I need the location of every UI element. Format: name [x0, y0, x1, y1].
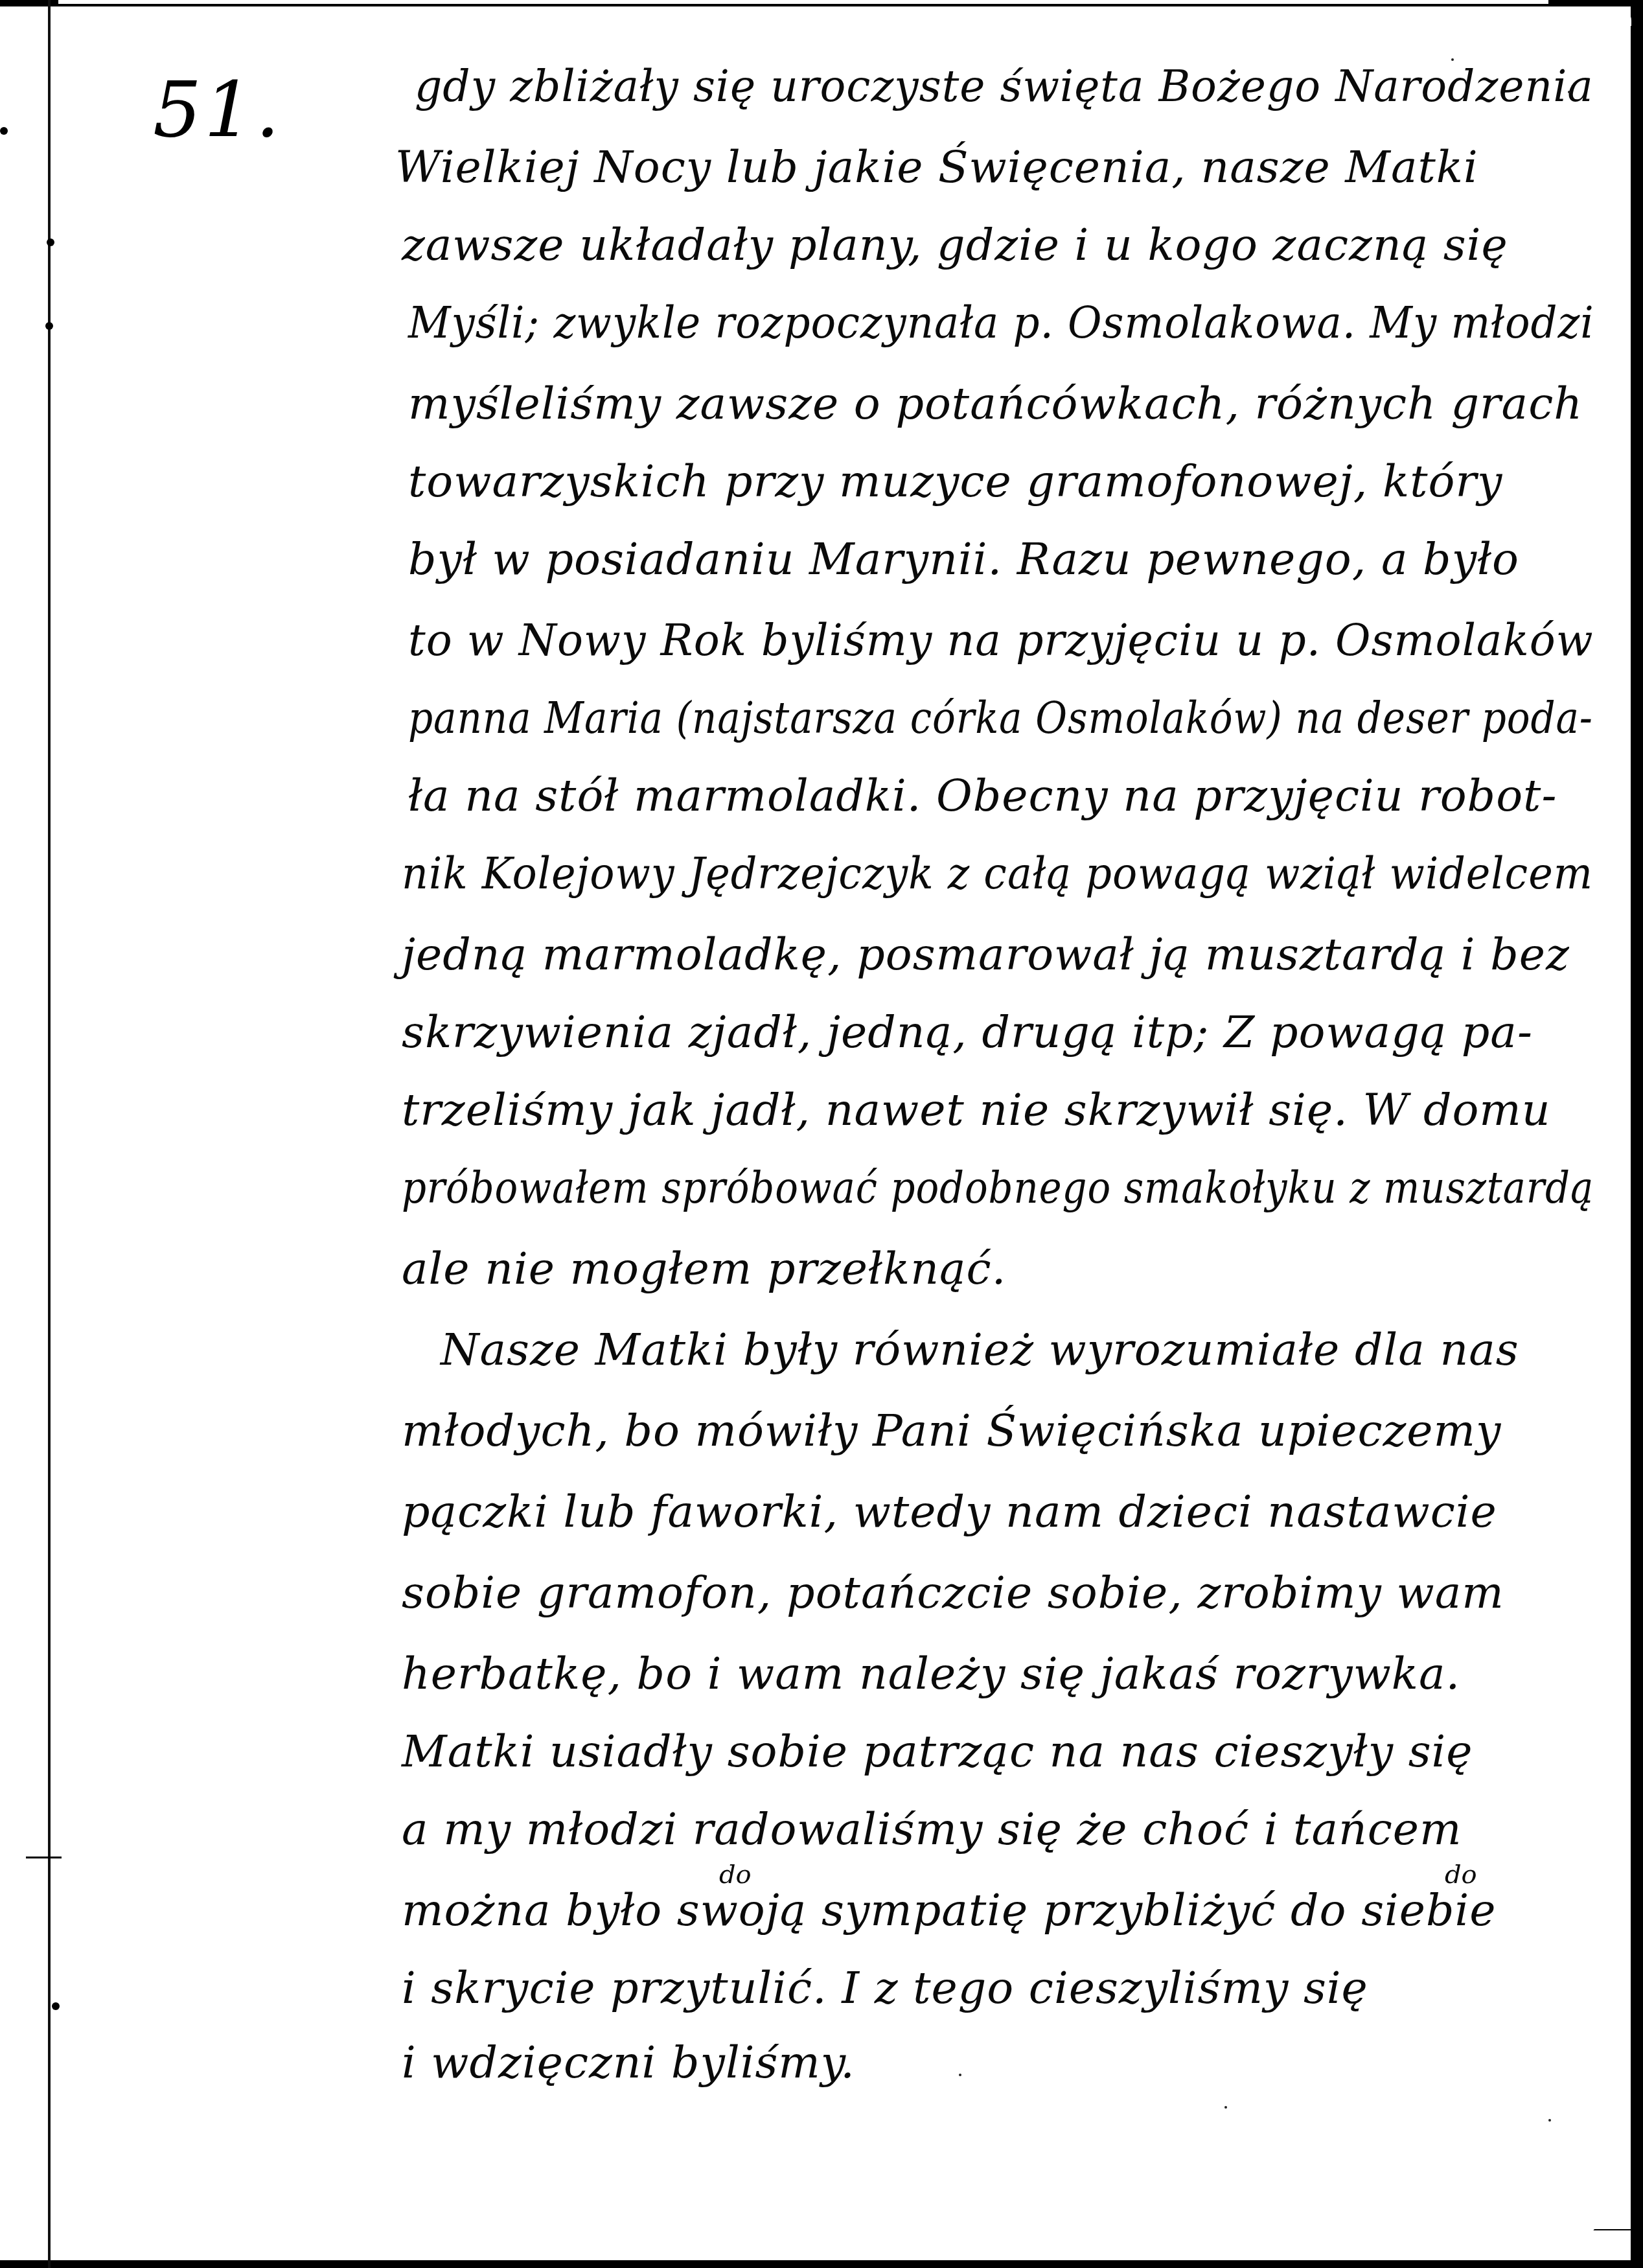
text-line: to w Nowy Rok byliśmy na przyjęciu u p. … [408, 619, 1594, 663]
text-line: Myśli; zwykle rozpoczynała p. Osmolakowa… [408, 301, 1594, 345]
text-line: Wielkiej Nocy lub jakie Święcenia, nasze… [395, 146, 1478, 190]
text-line: trzeliśmy jak jadł, nawet nie skrzywił s… [402, 1089, 1551, 1133]
scan-top-border-gap [58, 0, 1548, 4]
scan-speck [1224, 2106, 1227, 2109]
scan-bottom-border [0, 2260, 1643, 2268]
text-line: ła na stół marmoladki. Obecny na przyjęc… [408, 774, 1557, 818]
interlinear-insertion: do [1445, 1860, 1477, 1890]
text-line: próbowałem spróbować podobnego smakołyku… [402, 1166, 1594, 1210]
scan-speck [959, 2074, 961, 2076]
text-line: był w posiadaniu Marynii. Razu pewnego, … [408, 538, 1519, 582]
scan-right-border [1631, 0, 1643, 2268]
margin-tick [26, 1857, 62, 1858]
page-number: 51. [153, 71, 282, 148]
text-line: ale nie mogłem przełknąć. [402, 1247, 1006, 1291]
text-line: nik Kolejowy Jędrzejczyk z całą powagą w… [402, 852, 1593, 896]
margin-ink-blot [45, 322, 53, 330]
scan-speck [1568, 91, 1570, 93]
scan-speck [1548, 2119, 1551, 2122]
margin-ink-blot [52, 2002, 60, 2010]
text-line: i skrycie przytulić. I z tego cieszyliśm… [402, 1967, 1368, 2011]
text-line: myśleliśmy zawsze o potańcówkach, różnyc… [408, 382, 1583, 426]
text-line: Matki usiadły sobie patrząc na nas ciesz… [402, 1730, 1473, 1774]
margin-ink-blot [47, 238, 54, 246]
text-line: gdy zbliżały się uroczyste święta Bożego… [415, 65, 1594, 109]
text-line: herbatkę, bo i wam należy się jakaś rozr… [402, 1652, 1460, 1696]
text-line: można było swoją sympatię przybliżyć do … [402, 1889, 1497, 1933]
text-line: i wdzięczni byliśmy. [402, 2041, 855, 2085]
left-margin-line [48, 0, 51, 2268]
text-line: młodych, bo mówiły Pani Święcińska upiec… [402, 1409, 1501, 1453]
scan-speck [1451, 58, 1454, 61]
text-line: skrzywienia zjadł, jedną, drugą itp; Z p… [402, 1011, 1533, 1055]
page-corner [1607, 6, 1631, 26]
text-line: sobie gramofon, potańczcie sobie, zrobim… [402, 1571, 1504, 1615]
manuscript-page: 51. gdy zbliżały się uroczyste święta Bo… [0, 0, 1643, 2268]
text-line: a my młodzi radowaliśmy się że choć i ta… [402, 1808, 1462, 1852]
text-line: panna Maria (najstarsza córka Osmolaków)… [408, 697, 1593, 741]
text-line: zawsze układały plany, gdzie i u kogo za… [402, 224, 1508, 268]
interlinear-insertion: do [719, 1860, 752, 1890]
text-line: pączki lub faworki, wtedy nam dzieci nas… [402, 1490, 1497, 1534]
margin-ink-blot [0, 127, 8, 135]
text-line: Nasze Matki były również wyrozumiałe dla… [441, 1328, 1519, 1372]
text-line: jedną marmoladkę, posmarował ją musztard… [402, 933, 1570, 977]
text-line: towarzyskich przy muzyce gramofonowej, k… [408, 460, 1502, 504]
